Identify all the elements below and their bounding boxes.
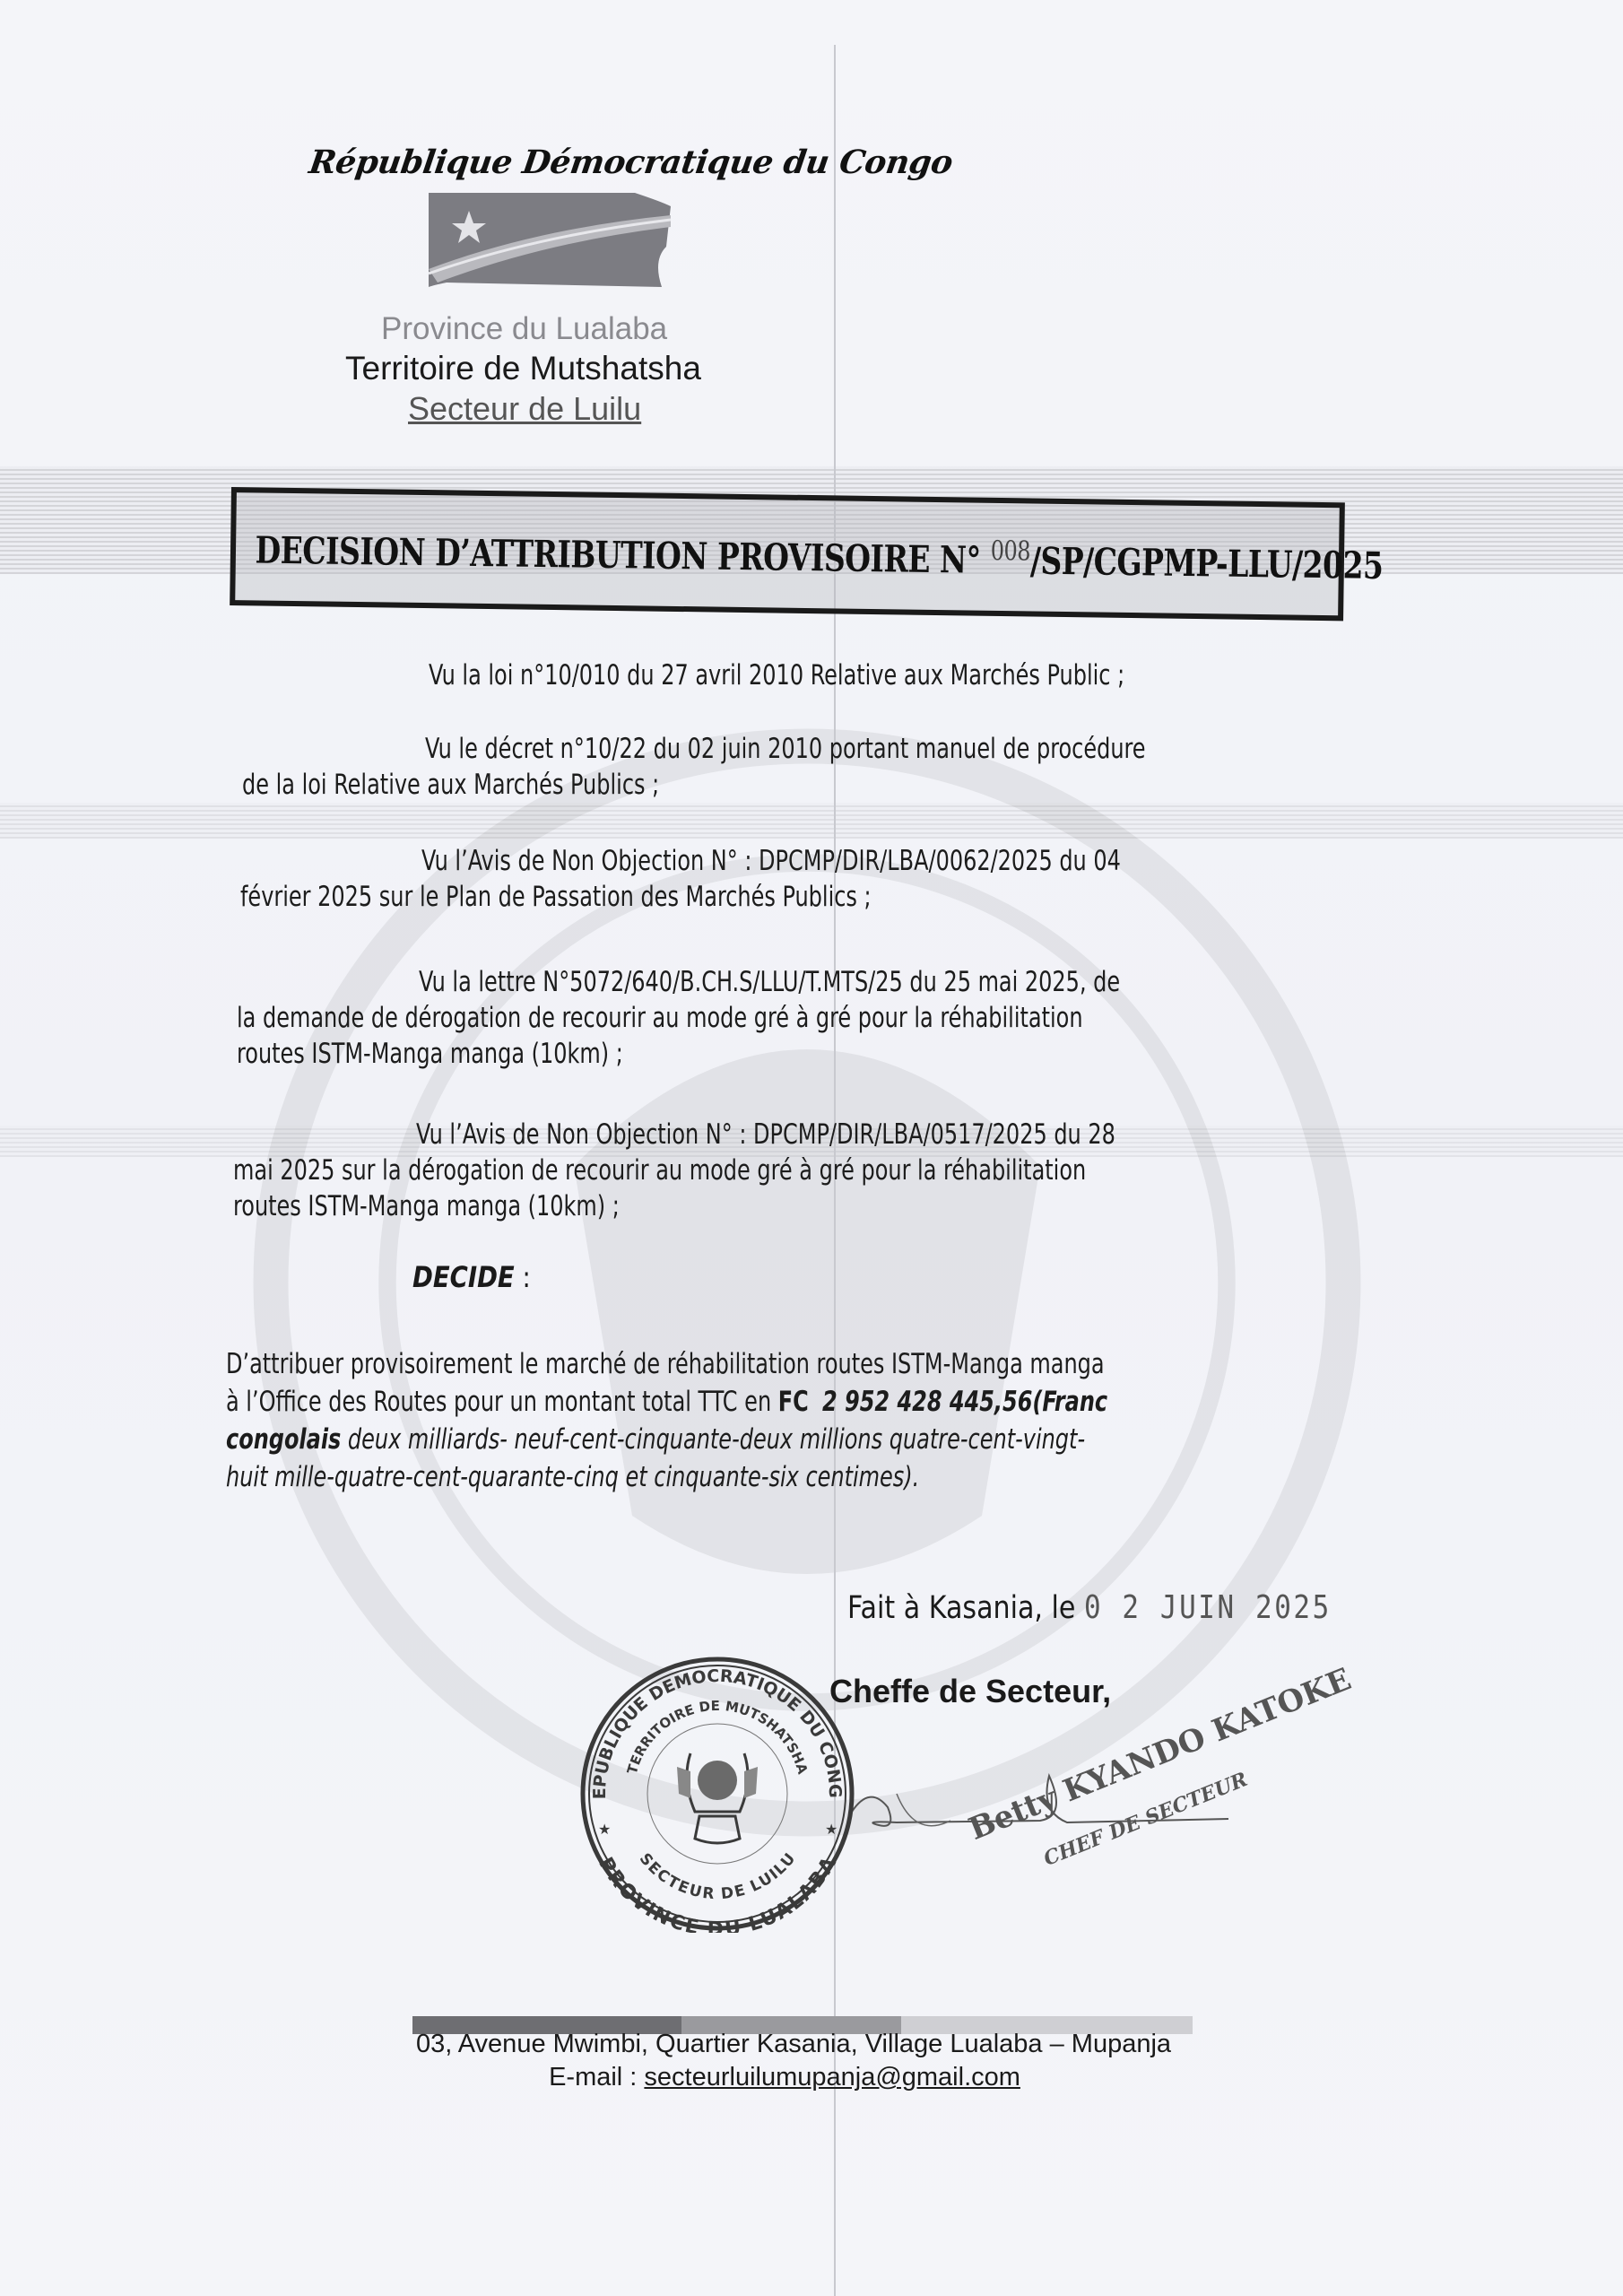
official-seal: REPUBLIQUE DEMOCRATIQUE DU CONGO TERRITO…	[578, 1655, 856, 1933]
svg-text:★: ★	[598, 1821, 611, 1838]
territoire-name: Territoire de Mutshatsha	[345, 350, 701, 387]
title-suffix: /SP/CGPMP-LLU/2025	[1030, 539, 1384, 587]
svg-text:★: ★	[825, 1821, 838, 1838]
svg-text:SECTEUR DE LUILU: SECTEUR DE LUILU	[636, 1850, 799, 1903]
consideration-1: Vu la loi n°10/010 du 27 avril 2010 Rela…	[429, 657, 1124, 693]
place-and-date: Fait à Kasania, le 0 2 JUIN 2025	[847, 1589, 1332, 1626]
decide-heading: DECIDE :	[412, 1260, 531, 1294]
consideration-5-cont: mai 2025 sur la dérogation de recourir a…	[233, 1152, 1086, 1224]
country-heading: République Démocratique du Congo	[307, 143, 955, 181]
decision-body: D’attribuer provisoirement le marché de …	[226, 1345, 1107, 1496]
date-stamp: 0 2 JUIN 2025	[1084, 1589, 1332, 1626]
document-page: République Démocratique du Congo Provinc…	[0, 0, 1623, 2296]
footer-address: 03, Avenue Mwimbi, Quartier Kasania, Vil…	[0, 2030, 1605, 2059]
consideration-2-cont: de la loi Relative aux Marchés Publics ;	[242, 767, 659, 803]
consideration-2: Vu le décret n°10/22 du 02 juin 2010 por…	[425, 731, 1146, 767]
footer-email-line: E-mail : secteurluilumupanja@gmail.com	[0, 2063, 1596, 2092]
consideration-4: Vu la lettre N°5072/640/B.CH.S/LLU/T.MTS…	[419, 964, 1120, 1000]
consideration-4-cont: la demande de dérogation de recourir au …	[237, 1000, 1083, 1072]
province-name: Province du Lualaba	[381, 311, 667, 347]
coat-of-arms-icon	[677, 1753, 758, 1843]
amount: 2 952 428 445,56	[822, 1386, 1032, 1418]
consideration-5: Vu l’Avis de Non Objection N° : DPCMP/DI…	[416, 1117, 1115, 1152]
drc-flag-icon	[429, 193, 671, 287]
handwritten-decision-number: 008	[991, 535, 1031, 567]
amount-in-words: deux milliards- neuf-cent-cinquante-deux…	[341, 1423, 1085, 1456]
email-link[interactable]: secteurluilumupanja@gmail.com	[644, 2063, 1020, 2092]
secteur-name: Secteur de Luilu	[408, 390, 641, 428]
currency: FC	[778, 1386, 809, 1418]
consideration-3-cont: février 2025 sur le Plan de Passation de…	[240, 879, 872, 915]
signatory-title: Cheffe de Secteur,	[829, 1673, 1111, 1710]
consideration-3: Vu l’Avis de Non Objection N° : DPCMP/DI…	[421, 843, 1121, 879]
